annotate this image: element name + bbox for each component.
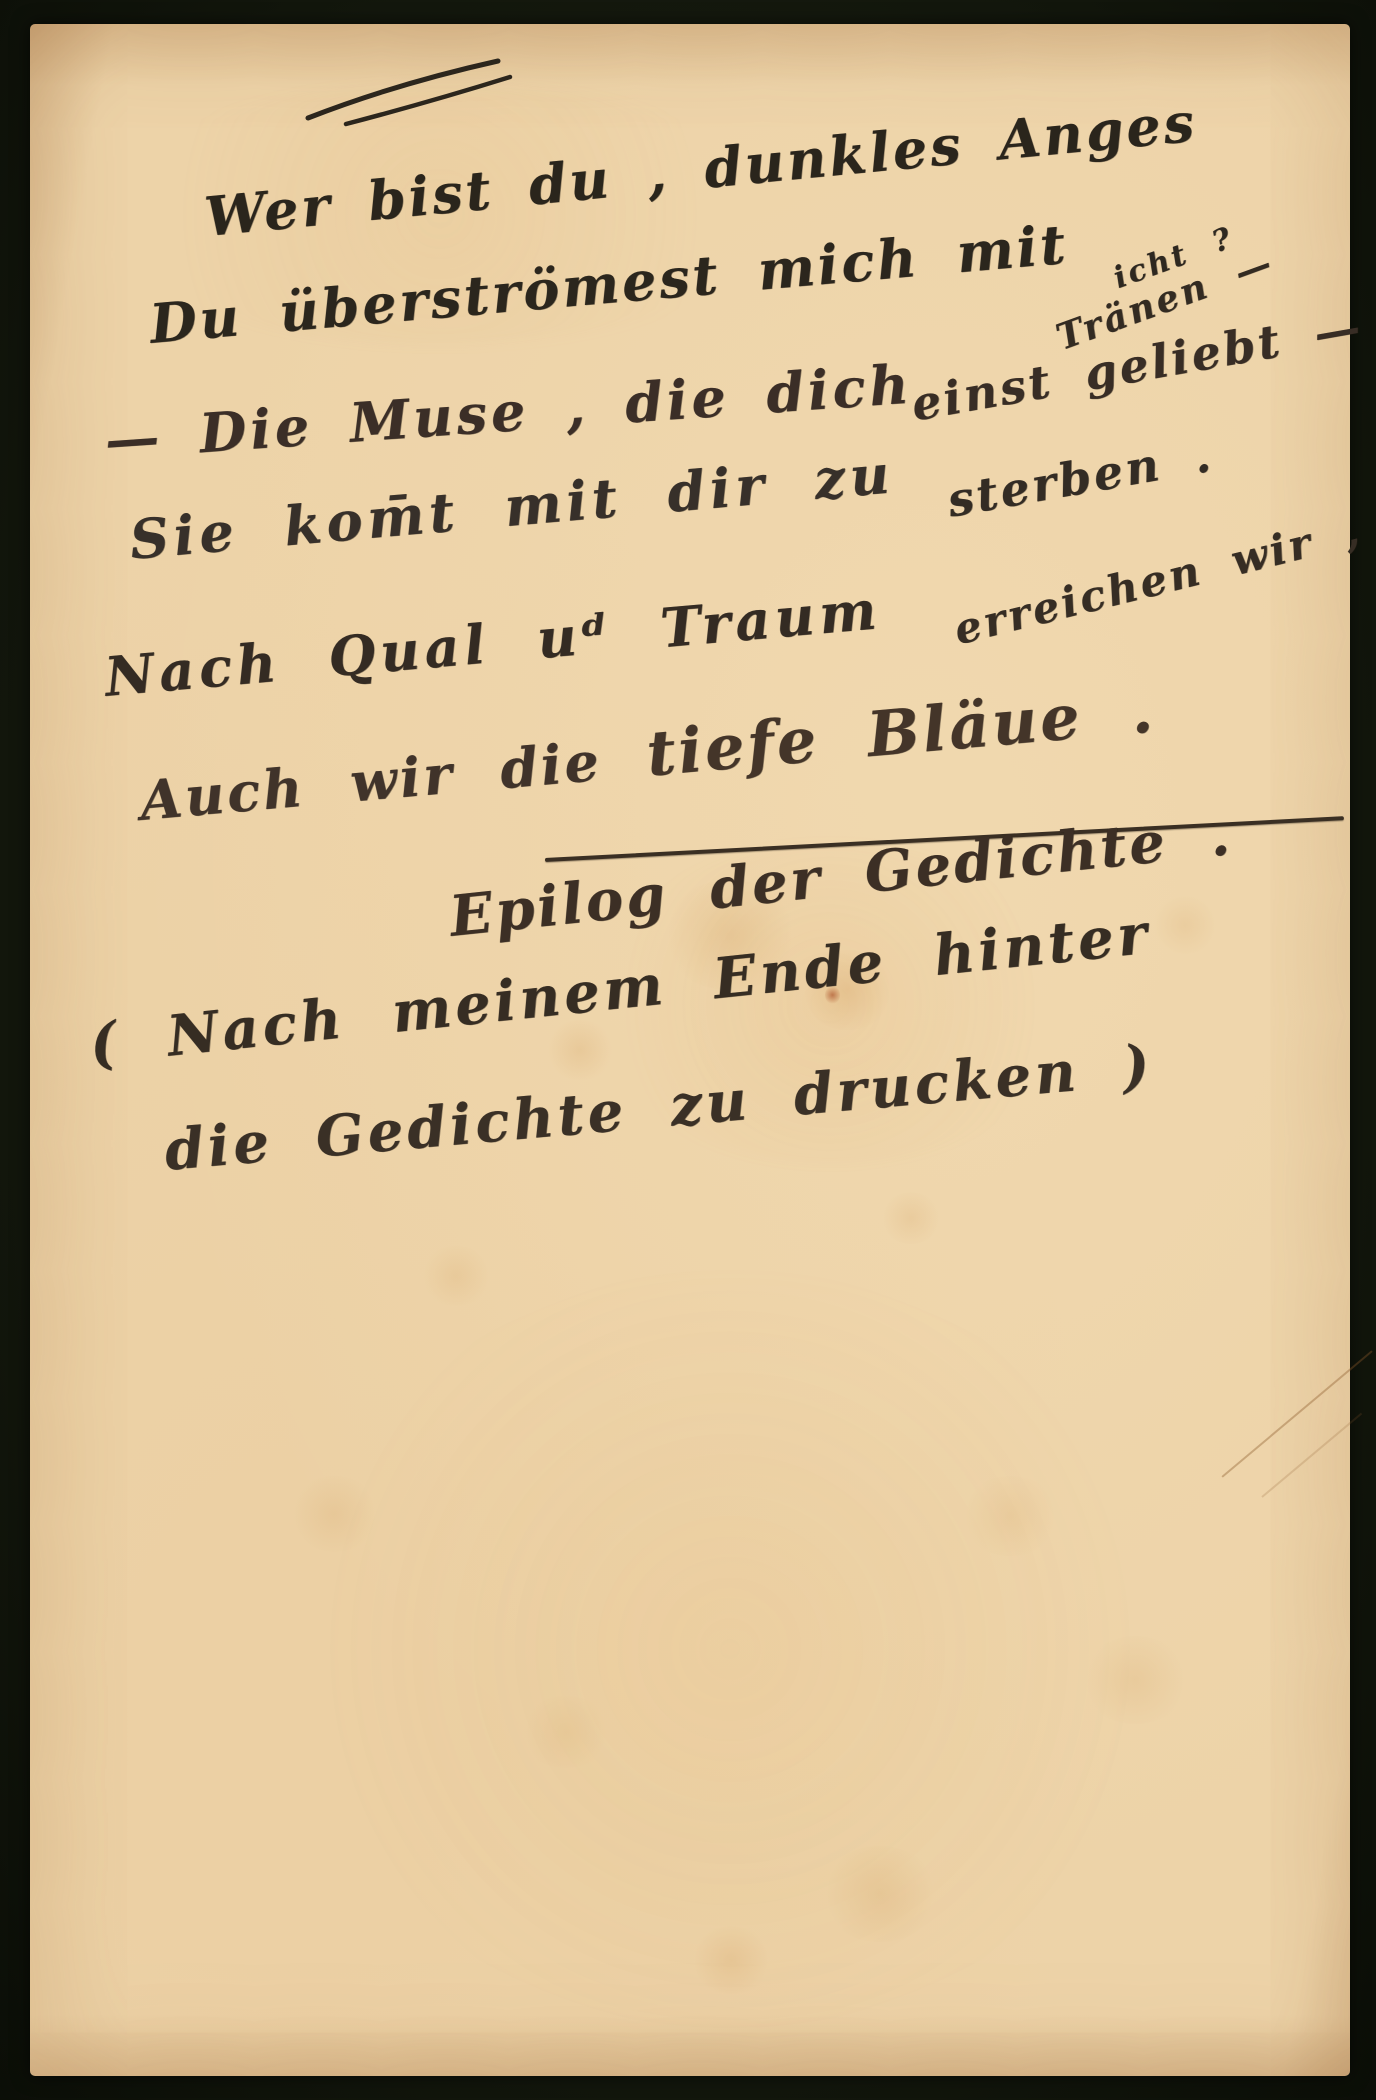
foxing-spot (1080, 1636, 1190, 1724)
foxing-spot (690, 1926, 772, 1994)
scan-background: Wer bist du , dunkles Anges icht ? Du üb… (0, 0, 1376, 2100)
flourish-mark (300, 56, 515, 130)
foxing-spot (880, 1192, 942, 1244)
foxing-spot (1150, 896, 1220, 954)
foxing-spot (288, 1476, 380, 1552)
foxing-spot (420, 1246, 492, 1306)
paper-crease (1221, 1350, 1372, 1478)
paper-crease (1261, 1413, 1362, 1498)
foxing-spot (520, 1696, 612, 1768)
foxing-spot (820, 1846, 940, 1942)
foxing-spot (960, 1476, 1060, 1556)
paper-aging-patch (280, 1274, 1180, 2024)
